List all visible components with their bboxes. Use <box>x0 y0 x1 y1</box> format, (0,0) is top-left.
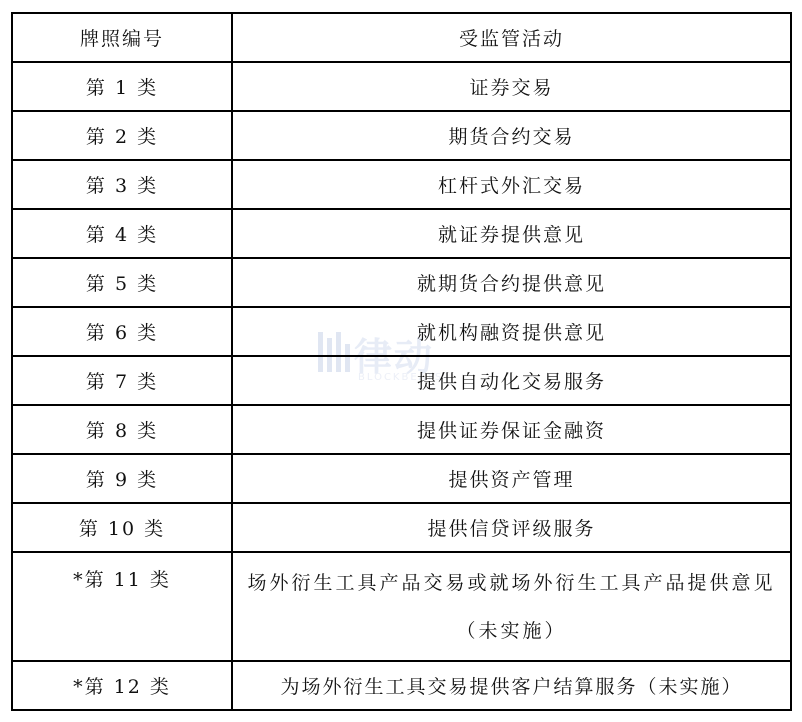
license-type-cell: 第 5 类 <box>12 258 232 307</box>
activity-cell: 期货合约交易 <box>232 111 791 160</box>
activity-cell: 杠杆式外汇交易 <box>232 160 791 209</box>
license-activity-table: 牌照编号 受监管活动 第 1 类 证券交易 第 2 类 期货合约交易 第 3 类… <box>11 12 792 711</box>
license-type-cell: 第 3 类 <box>12 160 232 209</box>
table-row: 第 10 类 提供信贷评级服务 <box>12 503 791 552</box>
activity-cell: 证券交易 <box>232 62 791 111</box>
activity-cell: 提供信贷评级服务 <box>232 503 791 552</box>
activity-line-1: 场外衍生工具产品交易或就场外衍生工具产品提供意见 <box>233 559 790 607</box>
activity-cell: 就证券提供意见 <box>232 209 791 258</box>
table-row: 第 6 类 就机构融资提供意见 <box>12 307 791 356</box>
table-row: 第 3 类 杠杆式外汇交易 <box>12 160 791 209</box>
activity-line-2: （未实施） <box>233 607 790 655</box>
header-regulated-activity: 受监管活动 <box>232 13 791 62</box>
activity-cell: 提供证券保证金融资 <box>232 405 791 454</box>
table-header-row: 牌照编号 受监管活动 <box>12 13 791 62</box>
table-row: 第 8 类 提供证券保证金融资 <box>12 405 791 454</box>
activity-cell: 提供自动化交易服务 <box>232 356 791 405</box>
table-row: 第 9 类 提供资产管理 <box>12 454 791 503</box>
license-type-cell: 第 8 类 <box>12 405 232 454</box>
license-type-cell: 第 6 类 <box>12 307 232 356</box>
table-row: 第 4 类 就证券提供意见 <box>12 209 791 258</box>
activity-cell: 为场外衍生工具交易提供客户结算服务（未实施） <box>232 661 791 710</box>
license-type-cell: 第 4 类 <box>12 209 232 258</box>
license-type-cell: *第 12 类 <box>12 661 232 710</box>
table-row: *第 12 类 为场外衍生工具交易提供客户结算服务（未实施） <box>12 661 791 710</box>
table-row: 第 5 类 就期货合约提供意见 <box>12 258 791 307</box>
activity-cell: 就期货合约提供意见 <box>232 258 791 307</box>
activity-cell: 提供资产管理 <box>232 454 791 503</box>
table-row: 第 7 类 提供自动化交易服务 <box>12 356 791 405</box>
table-row: *第 11 类 场外衍生工具产品交易或就场外衍生工具产品提供意见 （未实施） <box>12 552 791 661</box>
activity-cell: 场外衍生工具产品交易或就场外衍生工具产品提供意见 （未实施） <box>232 552 791 661</box>
license-type-cell: 第 1 类 <box>12 62 232 111</box>
license-type-cell: 第 2 类 <box>12 111 232 160</box>
header-license-number: 牌照编号 <box>12 13 232 62</box>
license-type-cell: *第 11 类 <box>12 552 232 661</box>
license-type-cell: 第 10 类 <box>12 503 232 552</box>
activity-cell: 就机构融资提供意见 <box>232 307 791 356</box>
license-type-cell: 第 7 类 <box>12 356 232 405</box>
table-row: 第 1 类 证券交易 <box>12 62 791 111</box>
table-row: 第 2 类 期货合约交易 <box>12 111 791 160</box>
license-type-cell: 第 9 类 <box>12 454 232 503</box>
